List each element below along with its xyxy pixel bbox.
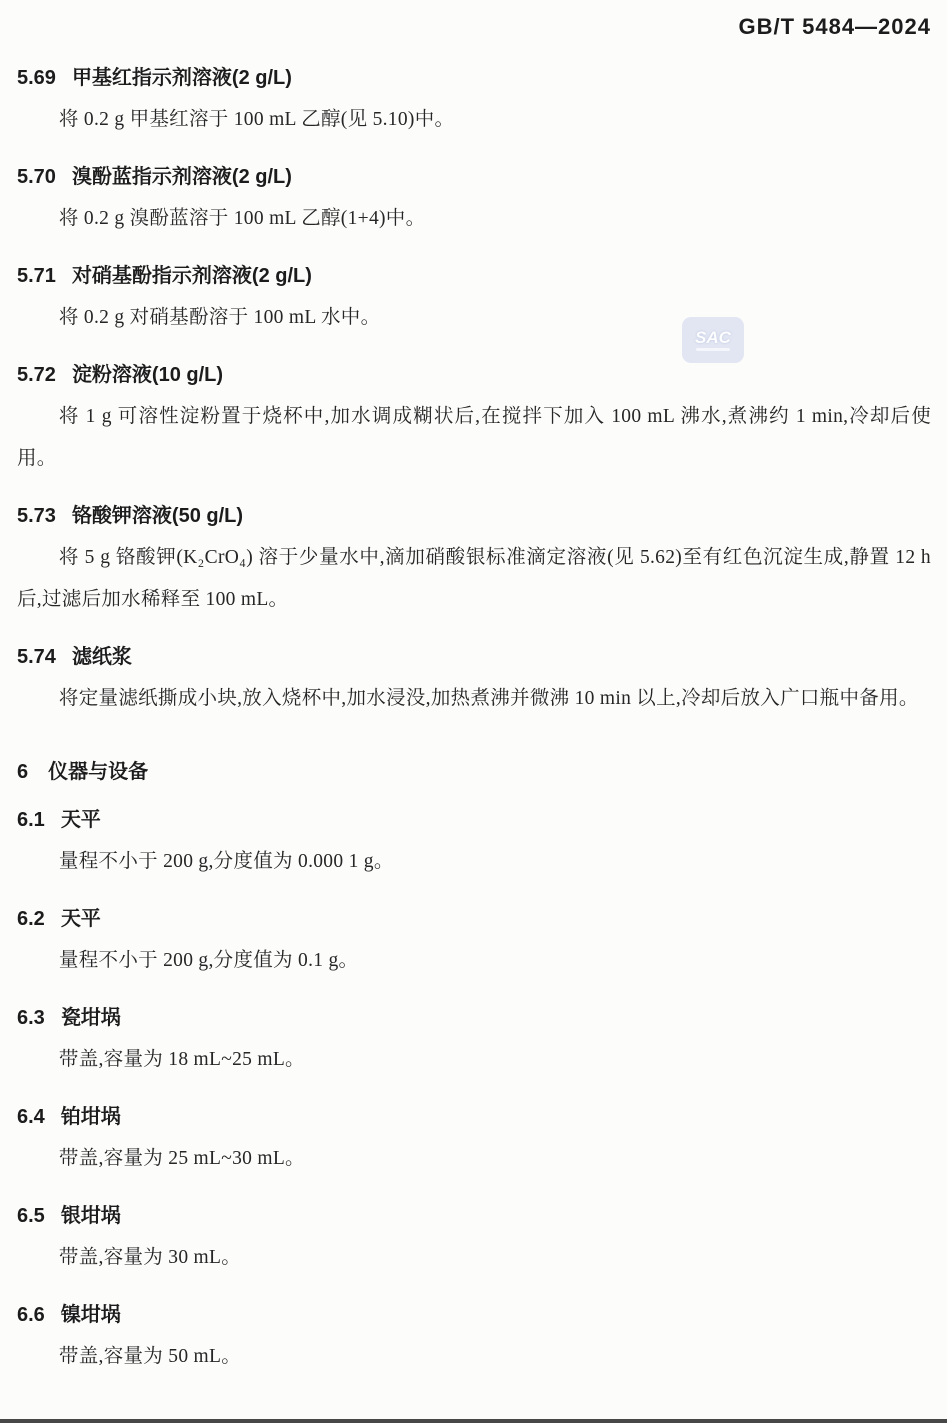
section-body: 将 5 g 铬酸钾(K₂CrO₄) 溶于少量水中,滴加硝酸银标准滴定溶液(见 5… <box>17 537 931 621</box>
section-title: 滤纸浆 <box>72 646 132 668</box>
page-bottom-scan-edge <box>0 1419 947 1423</box>
section-body: 将 0.2 g 溴酚蓝溶于 100 mL 乙醇(1+4)中。 <box>17 198 931 240</box>
section-number: 6.2 <box>17 907 45 931</box>
section-title: 天平 <box>61 908 101 930</box>
section-6-6: 6.6镍坩埚 带盖,容量为 50 mL。 <box>17 1303 931 1378</box>
section-title: 银坩埚 <box>61 1205 121 1227</box>
section-5-69: 5.69甲基红指示剂溶液(2 g/L) 将 0.2 g 甲基红溶于 100 mL… <box>17 66 931 141</box>
section-title: 淀粉溶液(10 g/L) <box>72 364 223 386</box>
chapter-heading: 6仪器与设备 <box>17 760 931 784</box>
section-6-4: 6.4铂坩埚 带盖,容量为 25 mL~30 mL。 <box>17 1105 931 1180</box>
document-page: GB/T 5484—2024 5.69甲基红指示剂溶液(2 g/L) 将 0.2… <box>0 0 947 1423</box>
section-heading: 5.72淀粉溶液(10 g/L) <box>17 363 931 387</box>
section-6-2: 6.2天平 量程不小于 200 g,分度值为 0.1 g。 <box>17 907 931 982</box>
section-5-70: 5.70溴酚蓝指示剂溶液(2 g/L) 将 0.2 g 溴酚蓝溶于 100 mL… <box>17 165 931 240</box>
section-title: 镍坩埚 <box>61 1304 121 1326</box>
section-number: 6.5 <box>17 1204 45 1228</box>
section-title: 瓷坩埚 <box>61 1007 121 1029</box>
section-number: 6.1 <box>17 808 45 832</box>
section-6-5: 6.5银坩埚 带盖,容量为 30 mL。 <box>17 1204 931 1279</box>
section-title: 甲基红指示剂溶液(2 g/L) <box>72 67 292 89</box>
section-body: 将 0.2 g 甲基红溶于 100 mL 乙醇(见 5.10)中。 <box>17 99 931 141</box>
section-number: 5.69 <box>17 66 56 90</box>
section-number: 6.6 <box>17 1303 45 1327</box>
section-heading: 5.69甲基红指示剂溶液(2 g/L) <box>17 66 931 90</box>
section-5-74: 5.74滤纸浆 将定量滤纸撕成小块,放入烧杯中,加水浸没,加热煮沸并微沸 10 … <box>17 645 931 720</box>
section-heading: 6.1天平 <box>17 808 931 832</box>
section-body: 带盖,容量为 30 mL。 <box>17 1237 931 1279</box>
doc-code: GB/T 5484—2024 <box>17 12 931 42</box>
section-6-1: 6.1天平 量程不小于 200 g,分度值为 0.000 1 g。 <box>17 808 931 883</box>
section-heading: 6.2天平 <box>17 907 931 931</box>
section-title: 天平 <box>61 809 101 831</box>
section-heading: 6.3瓷坩埚 <box>17 1006 931 1030</box>
section-5-71: 5.71对硝基酚指示剂溶液(2 g/L) 将 0.2 g 对硝基酚溶于 100 … <box>17 264 931 339</box>
section-number: 5.72 <box>17 363 56 387</box>
section-body: 量程不小于 200 g,分度值为 0.000 1 g。 <box>17 841 931 883</box>
section-heading: 5.71对硝基酚指示剂溶液(2 g/L) <box>17 264 931 288</box>
section-heading: 5.70溴酚蓝指示剂溶液(2 g/L) <box>17 165 931 189</box>
section-5-73: 5.73铬酸钾溶液(50 g/L) 将 5 g 铬酸钾(K₂CrO₄) 溶于少量… <box>17 504 931 621</box>
section-number: 5.70 <box>17 165 56 189</box>
section-5-72: 5.72淀粉溶液(10 g/L) 将 1 g 可溶性淀粉置于烧杯中,加水调成糊状… <box>17 363 931 480</box>
chapter-number: 6 <box>17 760 28 784</box>
section-6-3: 6.3瓷坩埚 带盖,容量为 18 mL~25 mL。 <box>17 1006 931 1081</box>
section-body: 带盖,容量为 18 mL~25 mL。 <box>17 1039 931 1081</box>
section-number: 5.74 <box>17 645 56 669</box>
section-body: 将 1 g 可溶性淀粉置于烧杯中,加水调成糊状后,在搅拌下加入 100 mL 沸… <box>17 396 931 480</box>
section-body: 带盖,容量为 50 mL。 <box>17 1336 931 1378</box>
sac-watermark-underline <box>696 348 730 351</box>
chapter-title: 仪器与设备 <box>48 761 148 783</box>
section-heading: 6.6镍坩埚 <box>17 1303 931 1327</box>
section-heading: 5.73铬酸钾溶液(50 g/L) <box>17 504 931 528</box>
section-title: 溴酚蓝指示剂溶液(2 g/L) <box>72 166 292 188</box>
section-body: 量程不小于 200 g,分度值为 0.1 g。 <box>17 940 931 982</box>
section-title: 铂坩埚 <box>61 1106 121 1128</box>
section-title: 铬酸钾溶液(50 g/L) <box>72 505 243 527</box>
section-title: 对硝基酚指示剂溶液(2 g/L) <box>72 265 312 287</box>
section-body: 带盖,容量为 25 mL~30 mL。 <box>17 1138 931 1180</box>
section-number: 5.71 <box>17 264 56 288</box>
section-heading: 6.5银坩埚 <box>17 1204 931 1228</box>
section-body: 将 0.2 g 对硝基酚溶于 100 mL 水中。 <box>17 297 931 339</box>
section-number: 6.3 <box>17 1006 45 1030</box>
section-number: 6.4 <box>17 1105 45 1129</box>
section-heading: 5.74滤纸浆 <box>17 645 931 669</box>
section-heading: 6.4铂坩埚 <box>17 1105 931 1129</box>
section-number: 5.73 <box>17 504 56 528</box>
section-body: 将定量滤纸撕成小块,放入烧杯中,加水浸没,加热煮沸并微沸 10 min 以上,冷… <box>17 678 931 720</box>
